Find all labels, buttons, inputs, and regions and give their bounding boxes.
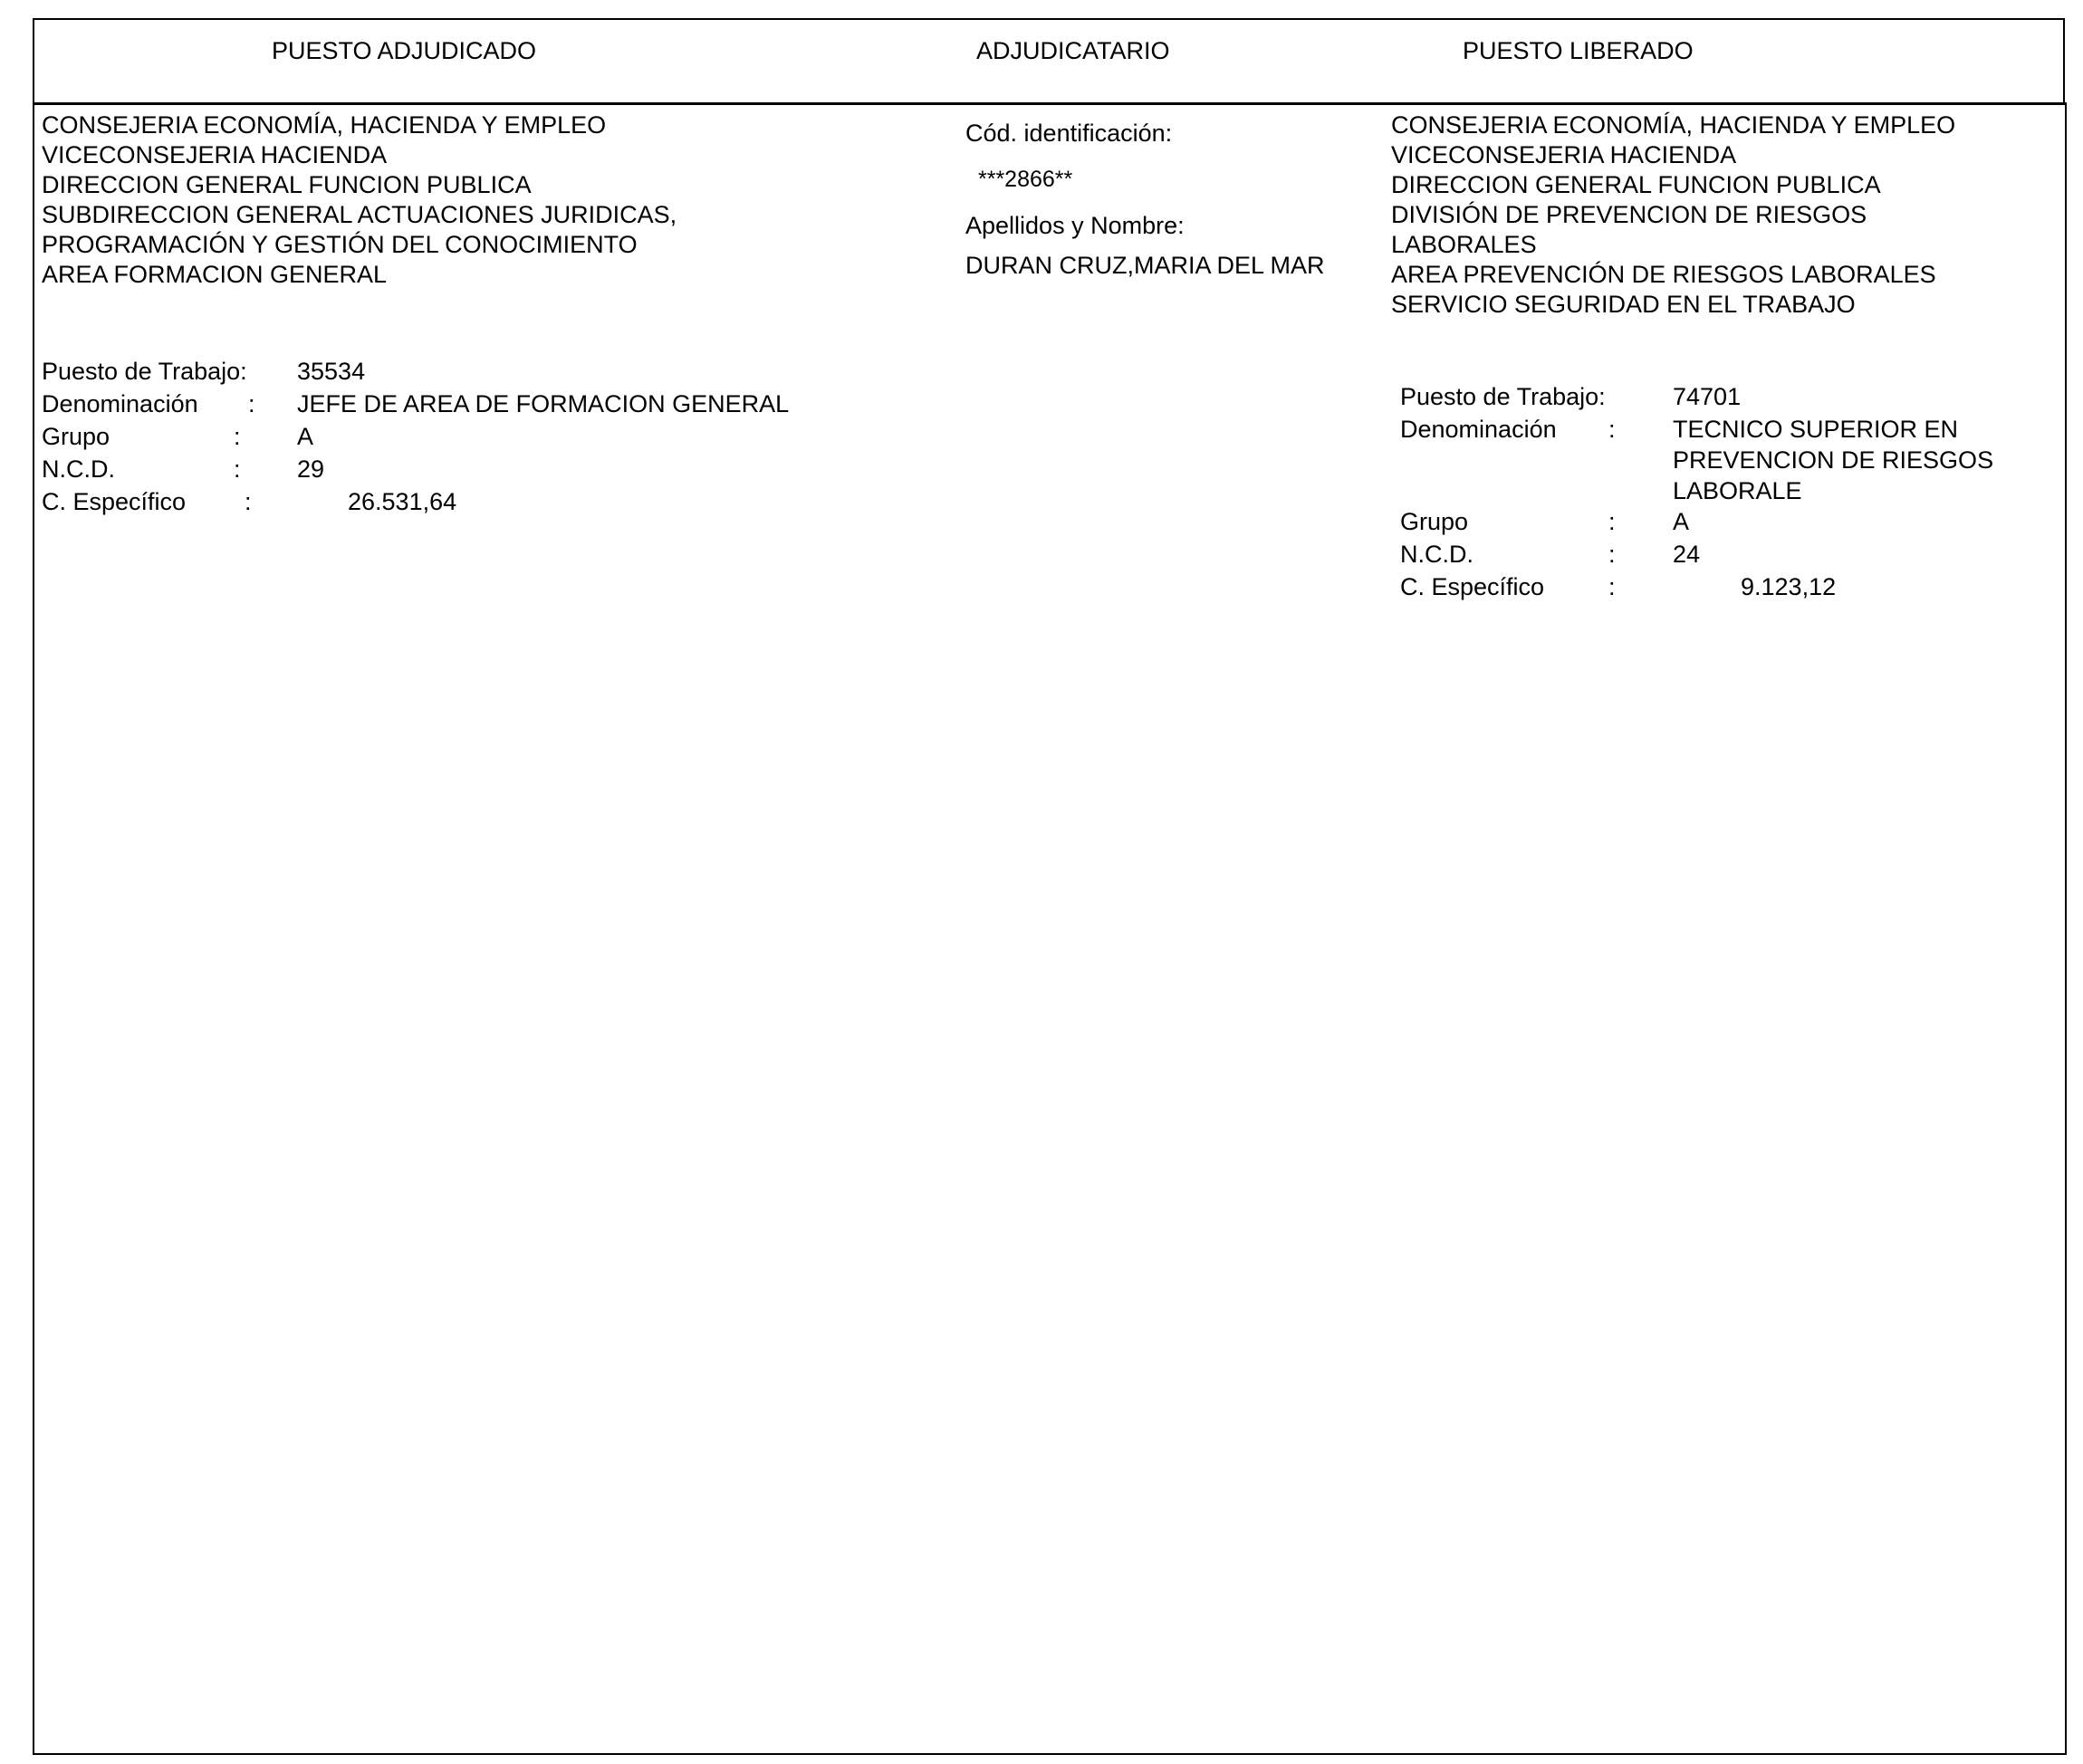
field-label: Denominación xyxy=(42,388,198,420)
field-colon: : xyxy=(234,420,241,453)
org-line: LABORALES xyxy=(1391,230,1955,260)
field-value: 9.123,12 xyxy=(1741,570,1836,603)
org-line: PROGRAMACIÓN Y GESTIÓN DEL CONOCIMIENTO xyxy=(42,230,677,260)
field-colon: : xyxy=(1608,505,1616,538)
field-label: Grupo xyxy=(1400,505,1468,538)
org-line: SERVICIO SEGURIDAD EN EL TRABAJO xyxy=(1391,290,1955,320)
field-colon: : xyxy=(234,453,241,485)
org-line: CONSEJERIA ECONOMÍA, HACIENDA Y EMPLEO xyxy=(42,110,677,140)
org-line: VICECONSEJERIA HACIENDA xyxy=(1391,140,1955,170)
header-puesto-liberado: PUESTO LIBERADO xyxy=(1463,36,1694,65)
header-puesto-adjudicado: PUESTO ADJUDICADO xyxy=(272,36,536,65)
field-value: 74701 xyxy=(1673,380,1741,413)
field-colon: : xyxy=(245,485,252,518)
denominacion-line: PREVENCION DE RIESGOS xyxy=(1673,445,1993,475)
field-value: 24 xyxy=(1673,538,1700,570)
header-adjudicatario: ADJUDICATARIO xyxy=(976,36,1170,65)
field-value: A xyxy=(297,420,313,453)
denominacion-line: TECNICO SUPERIOR EN xyxy=(1673,414,1993,445)
field-label: Puesto de Trabajo: xyxy=(1400,380,1606,413)
field-label: C. Específico xyxy=(42,485,186,518)
field-value: 35534 xyxy=(297,355,365,388)
adjudicatario-code-label: Cód. identificación: xyxy=(965,119,1172,148)
table-body xyxy=(33,103,2067,1755)
org-line: VICECONSEJERIA HACIENDA xyxy=(42,140,677,170)
org-line: SUBDIRECCION GENERAL ACTUACIONES JURIDIC… xyxy=(42,200,677,230)
field-value: 29 xyxy=(297,453,324,485)
field-colon: : xyxy=(1608,538,1616,570)
org-line: DIRECCION GENERAL FUNCION PUBLICA xyxy=(1391,170,1955,200)
adjudicatario-code-value: ***2866** xyxy=(978,165,1072,194)
org-line: AREA PREVENCIÓN DE RIESGOS LABORALES xyxy=(1391,260,1955,290)
org-line: CONSEJERIA ECONOMÍA, HACIENDA Y EMPLEO xyxy=(1391,110,1955,140)
field-label: C. Específico xyxy=(1400,570,1544,603)
field-value: A xyxy=(1673,505,1689,538)
field-colon: : xyxy=(248,388,255,420)
adjudicatario-name-label: Apellidos y Nombre: xyxy=(965,211,1185,240)
field-label: N.C.D. xyxy=(1400,538,1473,570)
field-colon: : xyxy=(1608,413,1616,446)
adjudicatario-name-value: DURAN CRUZ,MARIA DEL MAR xyxy=(965,251,1325,280)
field-label: Grupo xyxy=(42,420,110,453)
field-value: JEFE DE AREA DE FORMACION GENERAL xyxy=(297,388,789,420)
field-label: Denominación xyxy=(1400,413,1557,446)
org-line: DIVISIÓN DE PREVENCION DE RIESGOS xyxy=(1391,200,1955,230)
puesto-liberado-organization: CONSEJERIA ECONOMÍA, HACIENDA Y EMPLEO V… xyxy=(1391,110,1955,320)
denominacion-line: LABORALE xyxy=(1673,475,1993,506)
field-label: N.C.D. xyxy=(42,453,115,485)
field-colon: : xyxy=(1608,570,1616,603)
org-line: AREA FORMACION GENERAL xyxy=(42,260,677,290)
puesto-adjudicado-organization: CONSEJERIA ECONOMÍA, HACIENDA Y EMPLEO V… xyxy=(42,110,677,290)
field-value: 26.531,64 xyxy=(348,485,456,518)
field-value: TECNICO SUPERIOR EN PREVENCION DE RIESGO… xyxy=(1673,414,1993,506)
org-line: DIRECCION GENERAL FUNCION PUBLICA xyxy=(42,170,677,200)
field-label: Puesto de Trabajo: xyxy=(42,355,247,388)
